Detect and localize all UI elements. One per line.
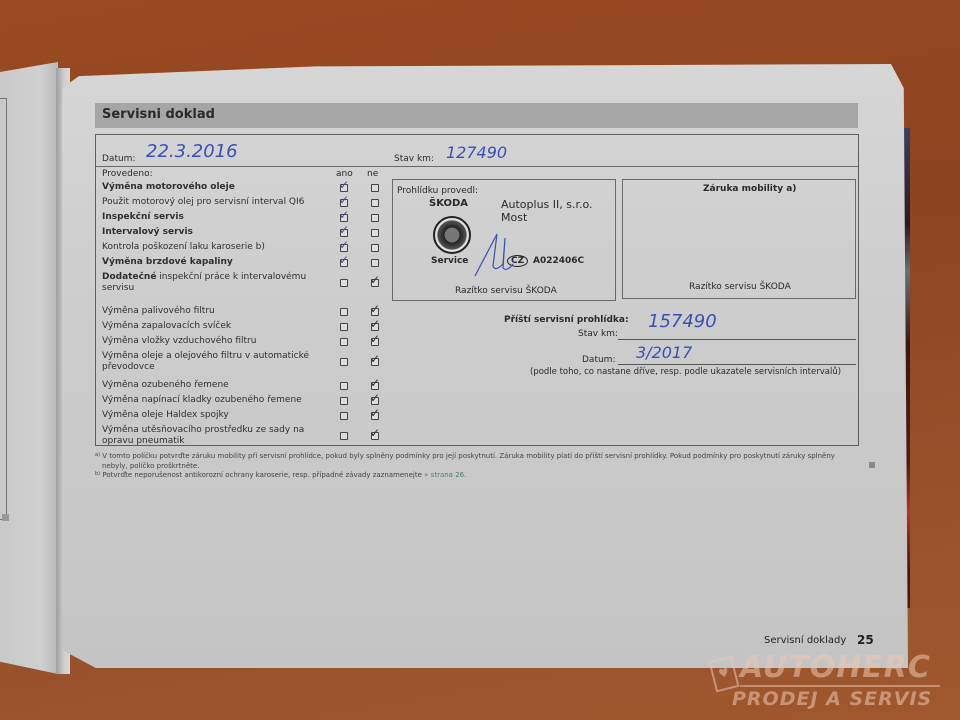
- checkbox-ano[interactable]: [340, 308, 348, 316]
- page-title: Servisni doklad: [102, 107, 215, 122]
- dealer-code: A022406C: [533, 256, 584, 266]
- left-page: [0, 62, 58, 674]
- mobility-stamp-caption: Razítko servisu ŠKODA: [689, 282, 791, 292]
- mileage-value[interactable]: 127490: [446, 143, 507, 162]
- checkmark-icon: ✓: [370, 428, 380, 438]
- playing-card-icon: ♥: [708, 656, 739, 693]
- checkbox-ne[interactable]: [371, 214, 379, 222]
- checkmark-icon: ✓: [339, 240, 349, 250]
- next-date-value[interactable]: 3/2017: [636, 343, 692, 362]
- footnote-a: a) V tomto políčku potvrďte záruku mobil…: [95, 452, 835, 460]
- dealer-stamp-box: Prohlídku provedl: ŠKODA Service Autoplu…: [392, 179, 616, 301]
- checkbox-ano[interactable]: [340, 279, 348, 287]
- checkmark-icon: ✓: [370, 304, 380, 314]
- footnote-b: b) Potvrďte neporušenost antikorozní och…: [95, 471, 466, 479]
- checkbox-ano[interactable]: [340, 358, 348, 366]
- mileage-label: Stav km:: [394, 154, 434, 164]
- service-form: Datum: 22.3.2016 Stav km: 127490 Provede…: [95, 134, 859, 446]
- checkbox-ne[interactable]: [371, 259, 379, 267]
- checkmark-icon: ✓: [370, 378, 380, 388]
- checkmark-icon: ✓: [339, 180, 349, 190]
- checkbox-ano[interactable]: [340, 338, 348, 346]
- checkbox-ano[interactable]: [340, 397, 348, 405]
- next-service-note: (podle toho, co nastane dříve, resp. pod…: [530, 367, 841, 377]
- stamp-caption: Razítko servisu ŠKODA: [455, 286, 557, 296]
- mobility-warranty-box: Záruka mobility a) Razítko servisu ŠKODA: [622, 179, 856, 299]
- watermark-divider: [740, 685, 940, 687]
- service-item-row: Použit motorový olej pro servisní interv…: [102, 197, 334, 208]
- service-item-row: Kontrola poškození laku karoserie b): [102, 242, 334, 253]
- checkbox-ne[interactable]: [371, 229, 379, 237]
- date-label: Datum:: [102, 154, 135, 164]
- service-item-row: Výměna brzdové kapaliny: [102, 257, 334, 268]
- footnote-b-marker: b): [95, 471, 100, 477]
- checkmark-icon: ✓: [339, 195, 349, 205]
- checkbox-ne[interactable]: [371, 199, 379, 207]
- checkbox-ano[interactable]: [340, 323, 348, 331]
- service-item-row: Výměna utěsňovacího prostředku ze sady n…: [102, 425, 334, 447]
- dealer-name: Autoplus II, s.r.o.: [501, 198, 593, 211]
- service-item-row: Dodatečné inspekční práce k intervalovém…: [102, 272, 334, 294]
- service-item-row: Výměna napínací kladky ozubeného řemene: [102, 395, 334, 406]
- checkbox-ano[interactable]: [340, 412, 348, 420]
- checkmark-icon: ✓: [370, 354, 380, 364]
- checkbox-ano[interactable]: [340, 432, 348, 440]
- date-value[interactable]: 22.3.2016: [146, 141, 238, 162]
- footnote-a-continued: nebyly, políčko proškrtněte.: [102, 462, 199, 470]
- service-item-row: Výměna motorového oleje: [102, 182, 334, 193]
- footnote-b-page-link[interactable]: » strana 26.: [424, 471, 466, 479]
- watermark-tagline: PRODEJ A SERVIS: [732, 688, 932, 710]
- checkmark-icon: ✓: [370, 275, 380, 285]
- skoda-brand: ŠKODA: [429, 198, 468, 209]
- mobility-heading: Záruka mobility a): [703, 184, 796, 194]
- footer-section-title: Servisní doklady: [764, 635, 846, 646]
- skoda-logo-icon: [433, 216, 471, 254]
- service-item-row: Výměna oleje a olejového filtru v automa…: [102, 351, 334, 373]
- next-date-underline: [618, 364, 856, 365]
- checkmark-icon: ✓: [339, 225, 349, 235]
- checkbox-ano[interactable]: [340, 382, 348, 390]
- dealer-city: Most: [501, 211, 527, 224]
- service-item-row: Výměna vložky vzduchového filtru: [102, 336, 334, 347]
- service-item-row: Výměna ozubeného řemene: [102, 380, 334, 391]
- left-page-end-mark: [2, 514, 9, 521]
- next-date-label: Datum:: [582, 355, 615, 365]
- title-bar: Servisni doklad: [95, 103, 858, 128]
- next-service-heading: Příští servisní prohlídka:: [504, 315, 629, 325]
- checkmark-icon: ✓: [370, 334, 380, 344]
- performed-label: Provedeno:: [102, 169, 153, 179]
- checkmark-icon: ✓: [339, 255, 349, 265]
- header-divider: [96, 166, 858, 167]
- footnote-a-text: V tomto políčku potvrďte záruku mobility…: [102, 452, 835, 460]
- service-item-row: Výměna zapalovacích svíček: [102, 321, 334, 332]
- watermark-brand: AUTOHERC: [740, 650, 931, 685]
- checkmark-icon: ✓: [339, 210, 349, 220]
- checkbox-ne[interactable]: [371, 184, 379, 192]
- checkbox-ne[interactable]: [371, 244, 379, 252]
- next-mileage-underline: [618, 339, 856, 340]
- checkmark-icon: ✓: [370, 408, 380, 418]
- stamp-heading: Prohlídku provedl:: [397, 186, 478, 196]
- service-label: Service: [431, 256, 468, 266]
- footnote-b-text: Potvrďte neporušenost antikorozní ochran…: [102, 471, 422, 479]
- signature-icon: [473, 228, 533, 278]
- service-item-row: Inspekční servis: [102, 212, 334, 223]
- service-item-row: Výměna oleje Haldex spojky: [102, 410, 334, 421]
- checkmark-icon: ✓: [370, 393, 380, 403]
- column-no-label: ne: [367, 169, 378, 179]
- service-item-label-bold: Dodatečné: [102, 272, 156, 282]
- page-number: 25: [857, 633, 874, 647]
- next-mileage-value[interactable]: 157490: [648, 311, 717, 332]
- next-mileage-label: Stav km:: [578, 329, 618, 339]
- left-page-table-edge: [0, 98, 7, 520]
- dealer-watermark: ♥ AUTOHERC PRODEJ A SERVIS: [718, 650, 958, 714]
- end-of-section-mark: [869, 462, 875, 468]
- checkmark-icon: ✓: [370, 319, 380, 329]
- footnote-a-marker: a): [95, 452, 100, 458]
- service-item-row: Výměna palivového filtru: [102, 306, 334, 317]
- service-item-row: Intervalový servis: [102, 227, 334, 238]
